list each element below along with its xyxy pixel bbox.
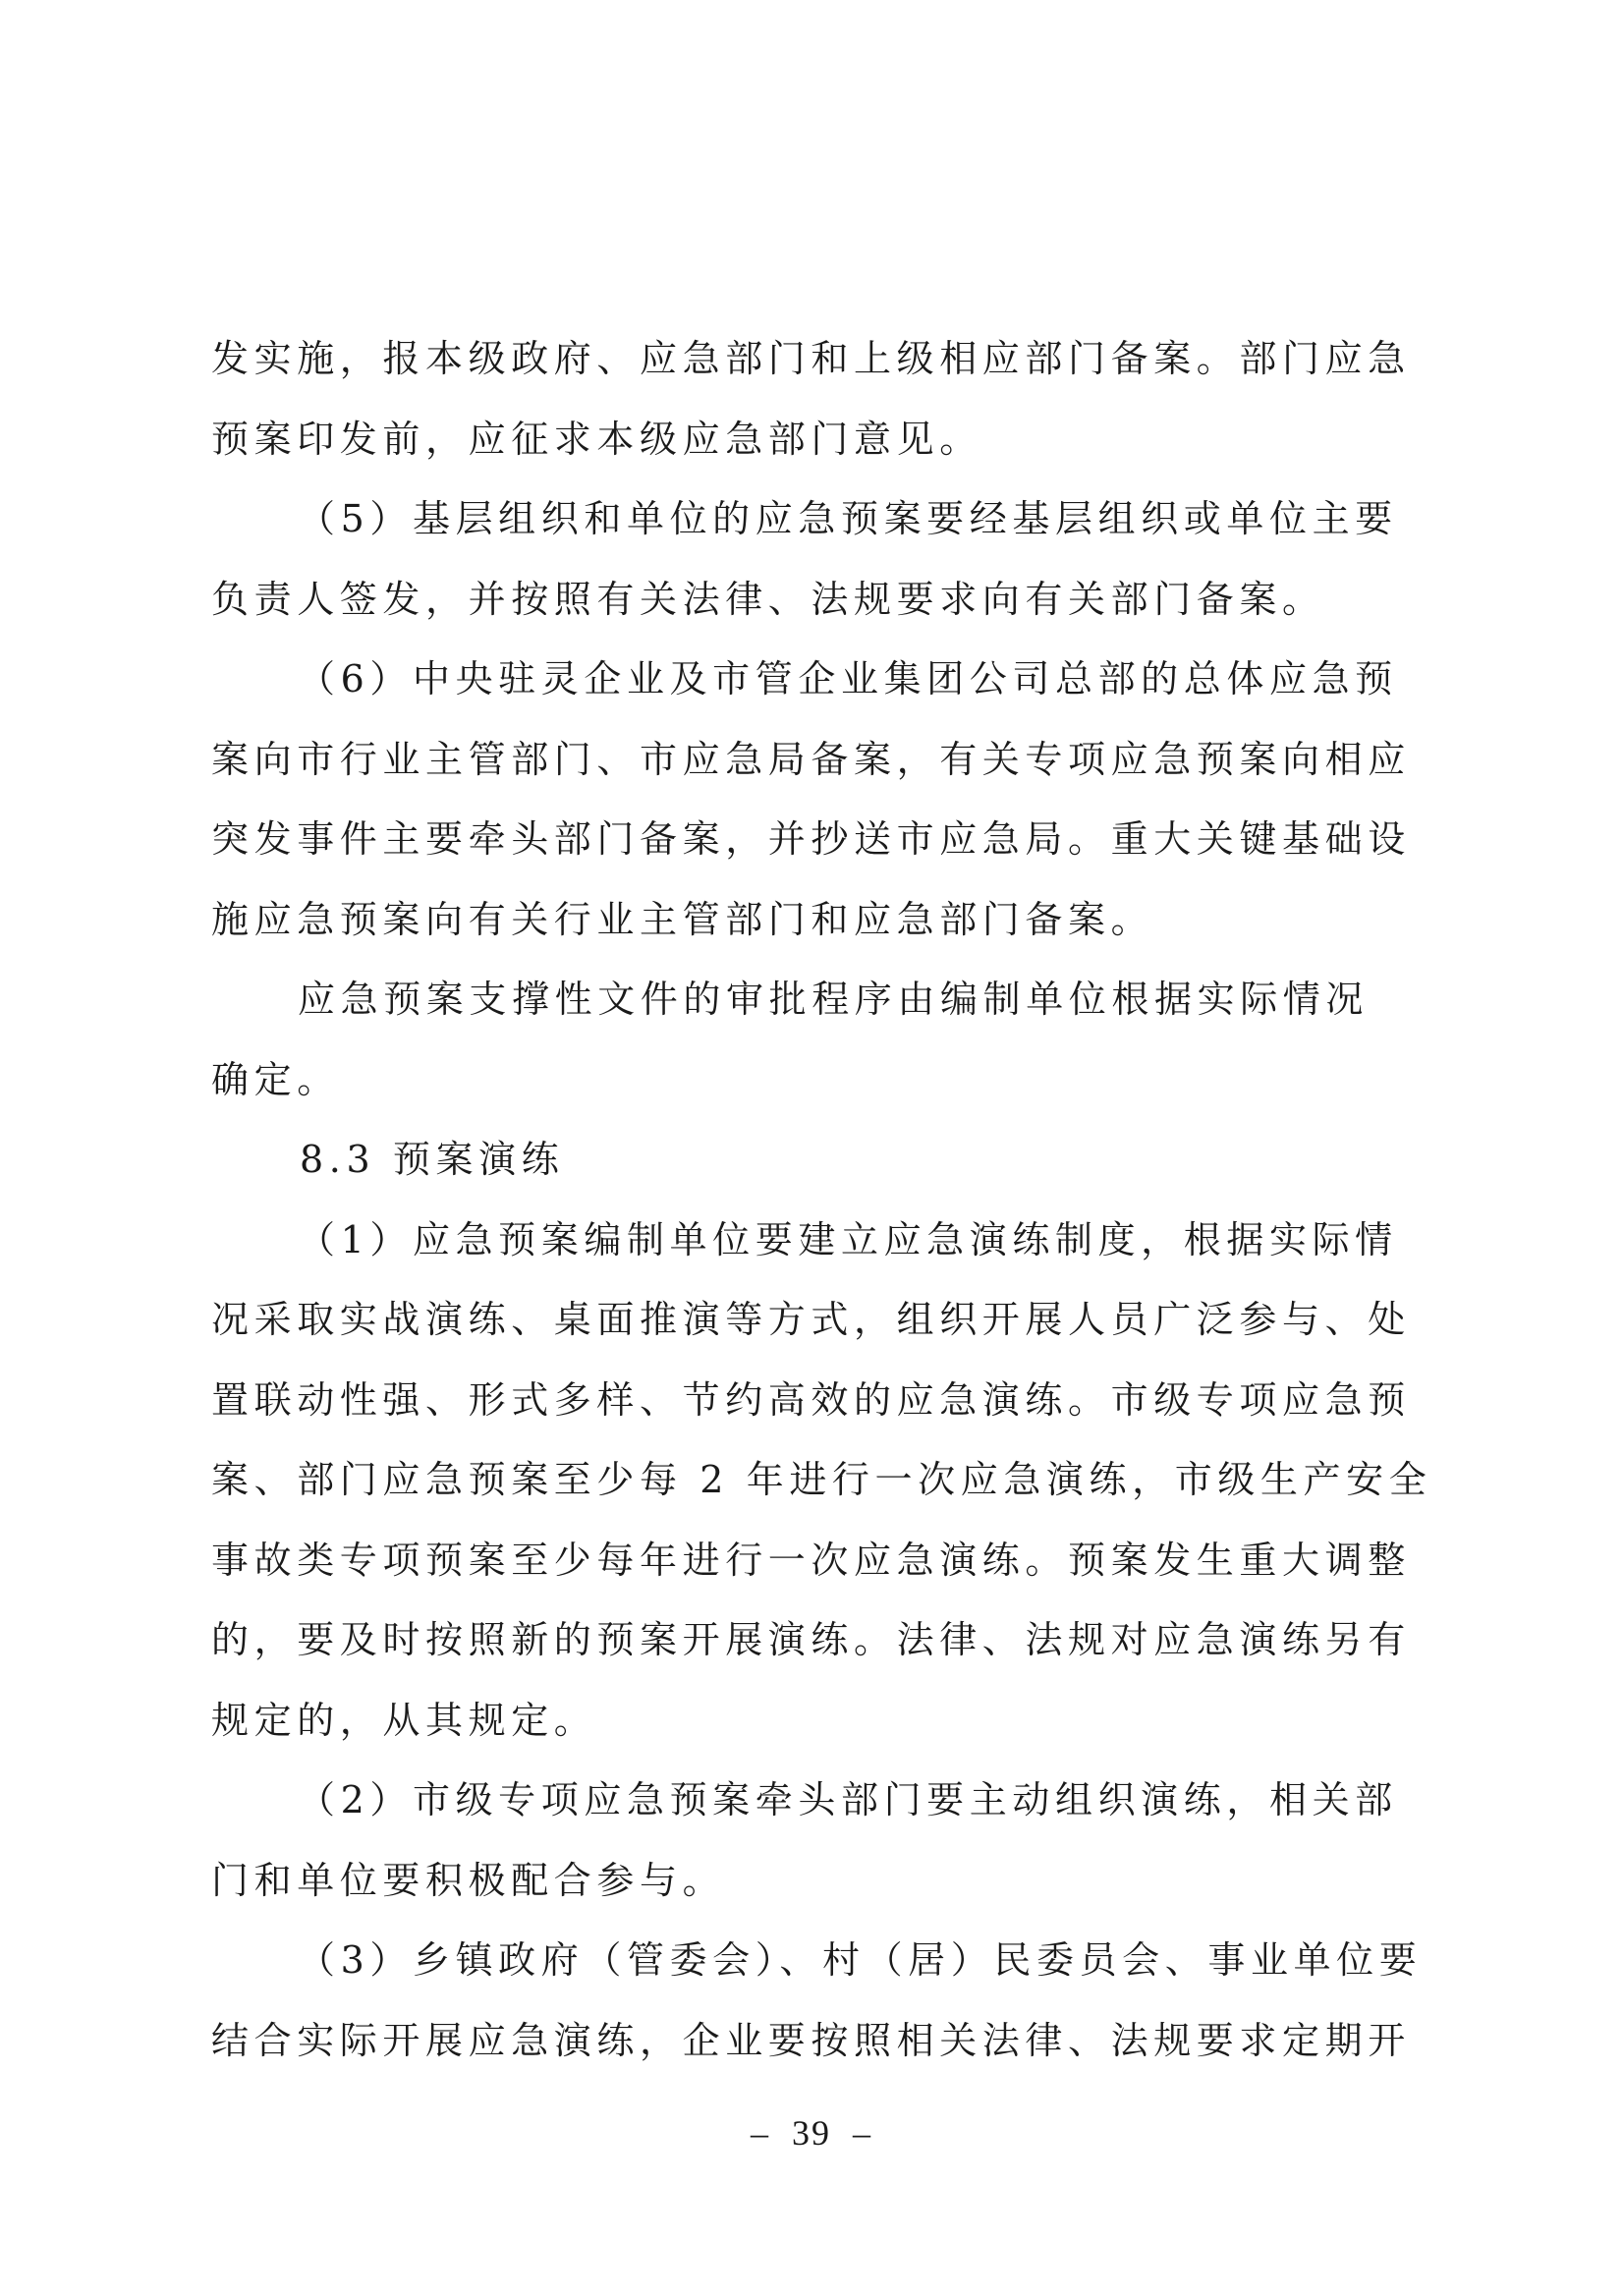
- section-heading-8-3: 8.3 预案演练: [211, 1120, 1422, 1201]
- paragraph-drill-item-3: （3）乡镇政府（管委会）、村（居）民委员会、事业单位要 结合实际开展应急演练，企…: [211, 1921, 1422, 2081]
- text-line: 置联动性强、形式多样、节约高效的应急演练。市级专项应急预: [211, 1361, 1422, 1441]
- text-line: 案向市行业主管部门、市应急局备案，有关专项应急预案向相应: [211, 720, 1422, 801]
- page-number-dash-right: –: [853, 2112, 872, 2154]
- text-line: 发实施，报本级政府、应急部门和上级相应部门备案。部门应急: [211, 319, 1422, 400]
- text-line: 门和单位要积极配合参与。: [211, 1841, 1422, 1922]
- text-line: （1）应急预案编制单位要建立应急演练制度，根据实际情: [211, 1201, 1422, 1281]
- paragraph-supporting-docs: 应急预案支撑性文件的审批程序由编制单位根据实际情况 确定。: [211, 960, 1422, 1120]
- text-line: （3）乡镇政府（管委会）、村（居）民委员会、事业单位要: [211, 1921, 1422, 2001]
- paragraph-item-6: （6）中央驻灵企业及市管企业集团公司总部的总体应急预 案向市行业主管部门、市应急…: [211, 640, 1422, 960]
- text-line: 结合实际开展应急演练，企业要按照相关法律、法规要求定期开: [211, 2001, 1422, 2082]
- text-line: （2）市级专项应急预案牵头部门要主动组织演练，相关部: [211, 1761, 1422, 1841]
- text-line: 况采取实战演练、桌面推演等方式，组织开展人员广泛参与、处: [211, 1280, 1422, 1361]
- text-line: 规定的，从其规定。: [211, 1681, 1422, 1762]
- document-body: 发实施，报本级政府、应急部门和上级相应部门备案。部门应急 预案印发前，应征求本级…: [211, 319, 1422, 2081]
- text-line: 预案印发前，应征求本级应急部门意见。: [211, 400, 1422, 480]
- text-line: 负责人签发，并按照有关法律、法规要求向有关部门备案。: [211, 560, 1422, 641]
- text-line: 施应急预案向有关行业主管部门和应急部门备案。: [211, 880, 1422, 961]
- paragraph-drill-item-2: （2）市级专项应急预案牵头部门要主动组织演练，相关部 门和单位要积极配合参与。: [211, 1761, 1422, 1921]
- text-line: 突发事件主要牵头部门备案，并抄送市应急局。重大关键基础设: [211, 800, 1422, 880]
- text-line: 案、部门应急预案至少每 2 年进行一次应急演练，市级生产安全: [211, 1440, 1422, 1521]
- text-line: （6）中央驻灵企业及市管企业集团公司总部的总体应急预: [211, 640, 1422, 720]
- text-line: 事故类专项预案至少每年进行一次应急演练。预案发生重大调整: [211, 1521, 1422, 1601]
- page-number: 39: [792, 2112, 831, 2154]
- paragraph-item-5: （5）基层组织和单位的应急预案要经基层组织或单位主要 负责人签发，并按照有关法律…: [211, 479, 1422, 640]
- paragraph-continuation: 发实施，报本级政府、应急部门和上级相应部门备案。部门应急 预案印发前，应征求本级…: [211, 319, 1422, 479]
- text-line: 应急预案支撑性文件的审批程序由编制单位根据实际情况: [211, 960, 1422, 1040]
- page-number-dash-left: –: [751, 2112, 770, 2154]
- section-heading: 8.3 预案演练: [211, 1120, 1422, 1201]
- page-number-footer: –39–: [0, 2112, 1623, 2154]
- text-line: 的，要及时按照新的预案开展演练。法律、法规对应急演练另有: [211, 1600, 1422, 1681]
- text-line: （5）基层组织和单位的应急预案要经基层组织或单位主要: [211, 479, 1422, 560]
- document-page: 发实施，报本级政府、应急部门和上级相应部门备案。部门应急 预案印发前，应征求本级…: [0, 0, 1623, 2296]
- text-line: 确定。: [211, 1040, 1422, 1121]
- paragraph-drill-item-1: （1）应急预案编制单位要建立应急演练制度，根据实际情 况采取实战演练、桌面推演等…: [211, 1201, 1422, 1762]
